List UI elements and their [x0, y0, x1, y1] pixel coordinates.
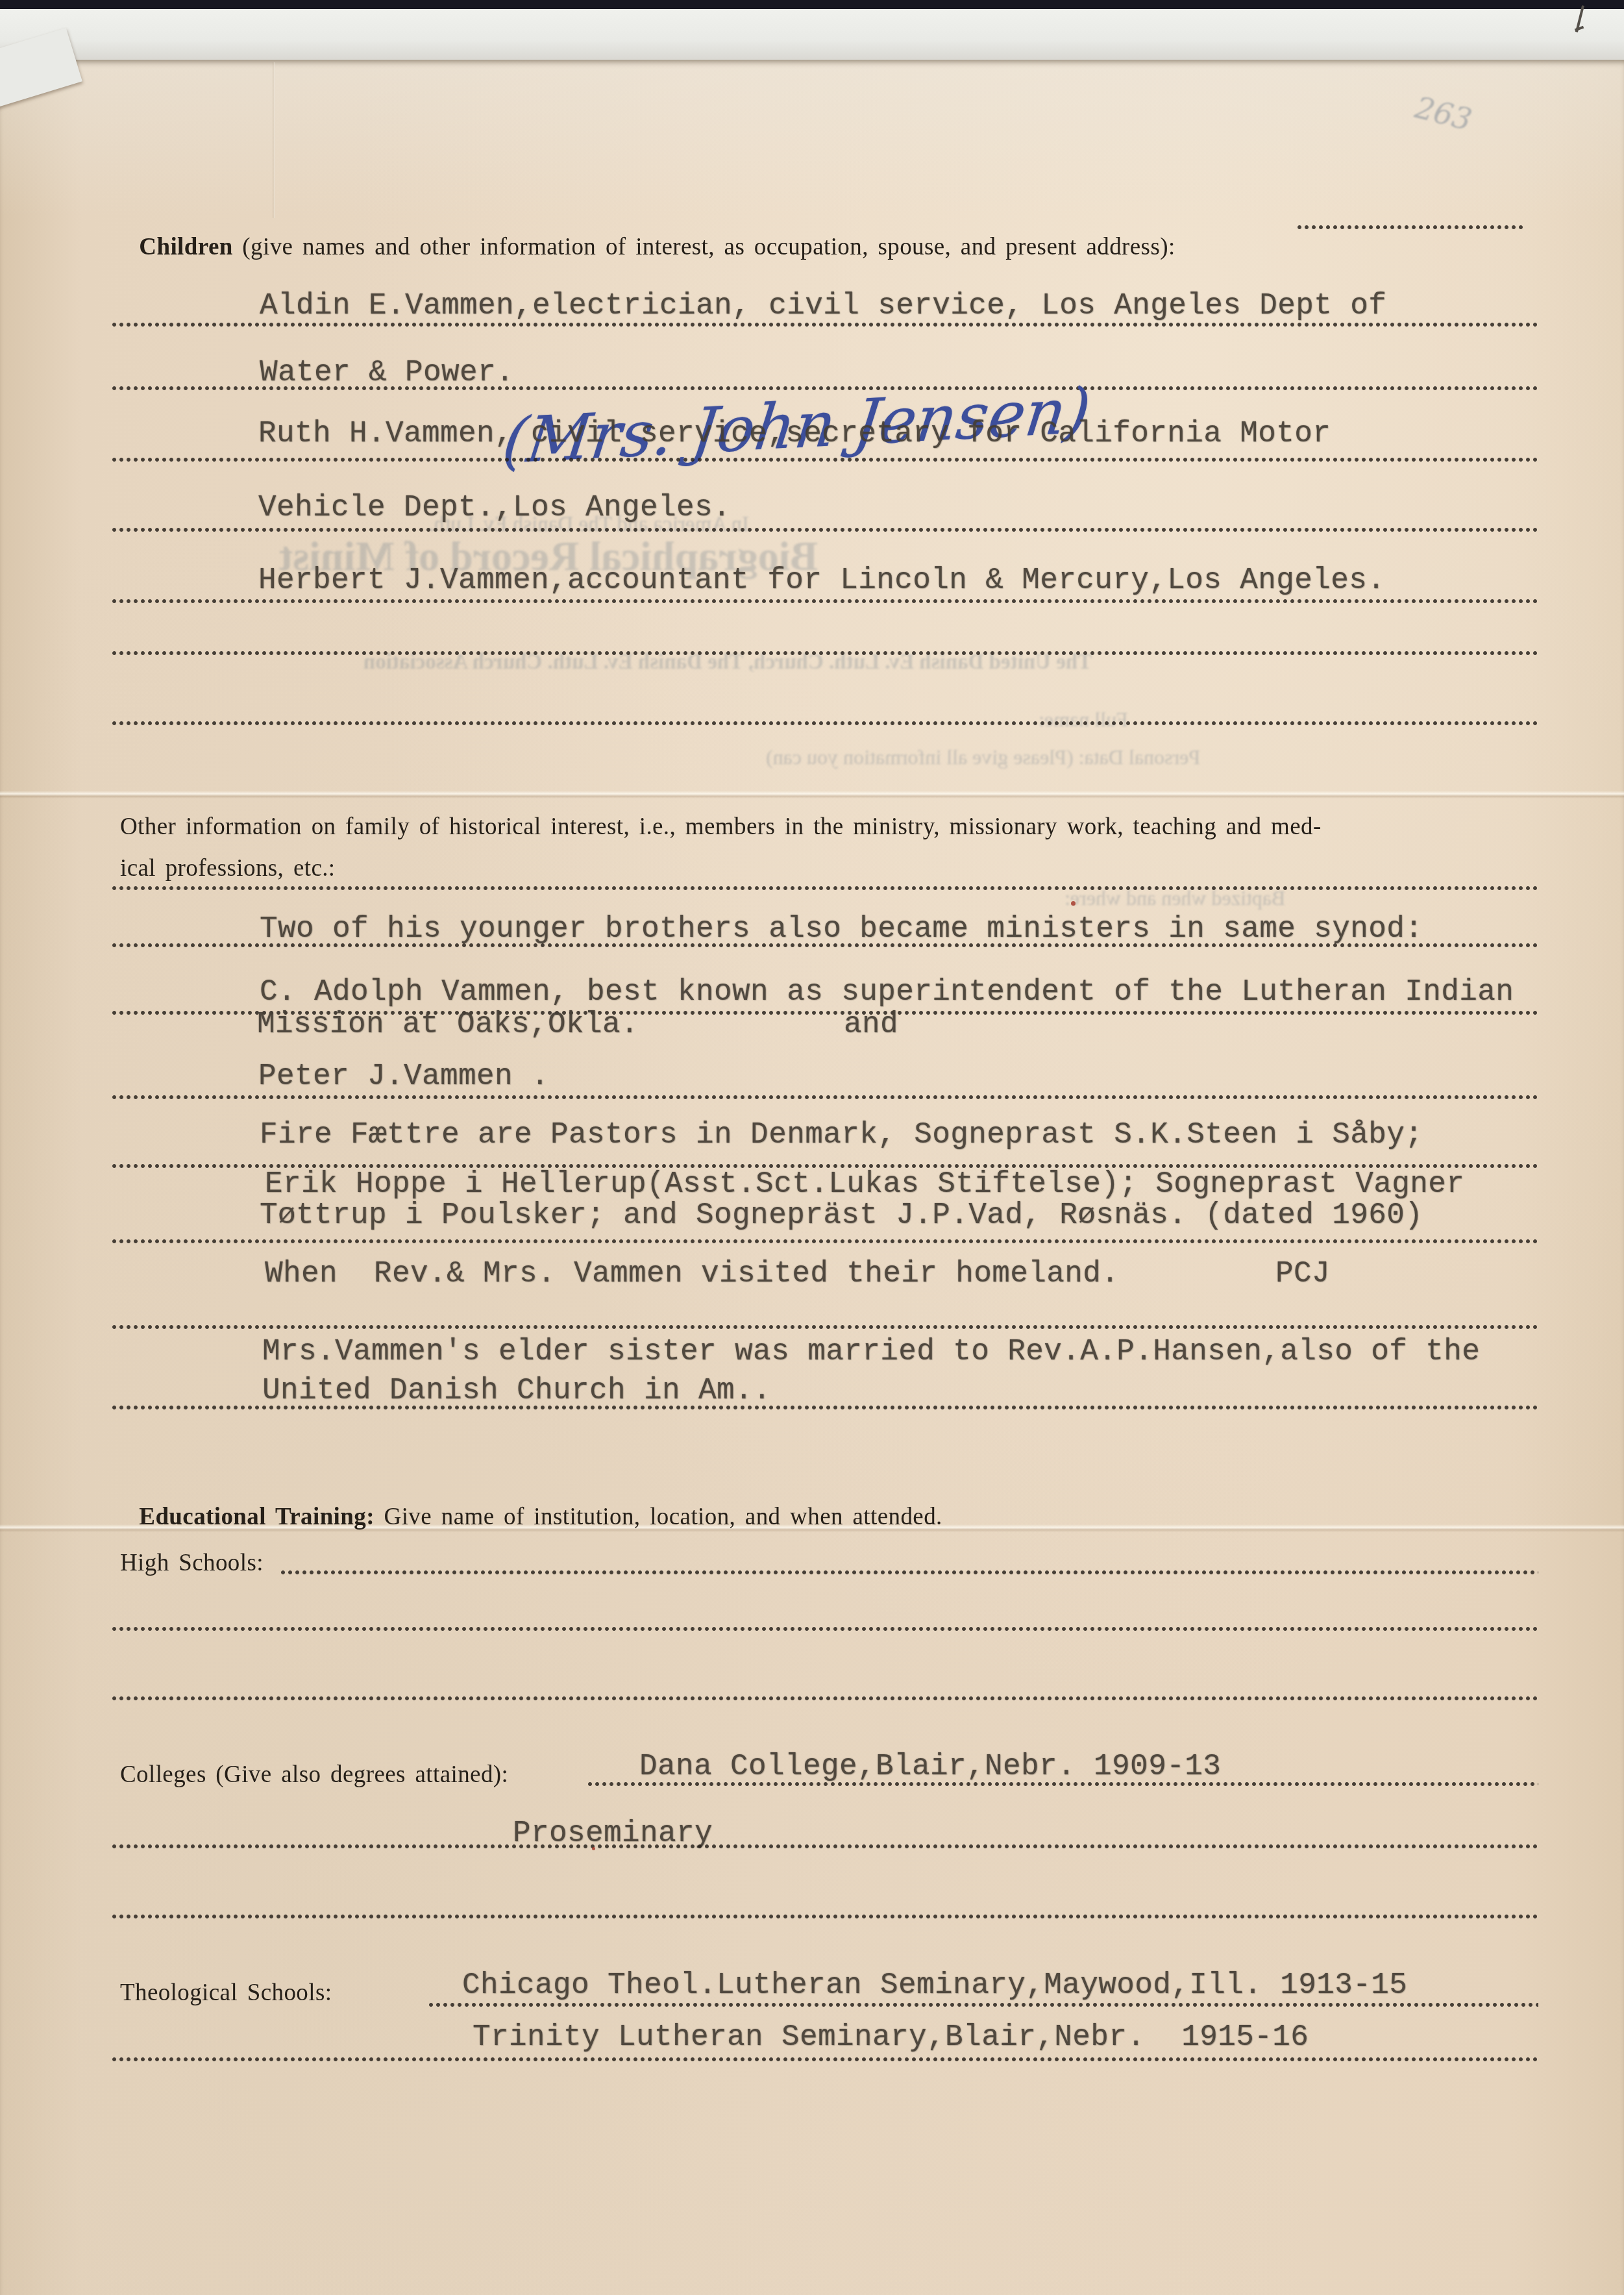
dotted-line [428, 2002, 1538, 2007]
family-info-label-line1: Other information on family of historica… [120, 813, 1322, 841]
scanner-background-band [0, 9, 1624, 65]
dotted-line [587, 1781, 1538, 1787]
dotted-line [112, 527, 1540, 532]
education-heading: Educational Training: Give name of insti… [120, 1475, 942, 1531]
family-entry: Fire Fættre are Pastors in Denmark, Sogn… [260, 1118, 1423, 1152]
family-entry: When Rev.& Mrs. Vammen visited their hom… [265, 1257, 1119, 1291]
dotted-line [112, 457, 1540, 462]
fold-crease [0, 791, 1624, 799]
family-entry: PCJ [1275, 1257, 1330, 1291]
scanner-lid-strip [0, 0, 1624, 9]
family-entry: Erik Hoppe i Hellerup(Asst.Sct.Lukas Sti… [265, 1167, 1464, 1201]
dotted-line [112, 1405, 1540, 1410]
dotted-line [112, 1696, 1540, 1701]
dust-speck [1071, 901, 1076, 906]
dotted-line [112, 1626, 1540, 1631]
family-entry: United Danish Church in Am.. [262, 1374, 771, 1408]
children-entry: Herbert J.Vammen,accountant for Lincoln … [258, 564, 1385, 597]
children-entry: Ruth H.Vammen, civil service,secretary f… [258, 417, 1331, 451]
children-label-bold: Children [139, 234, 232, 260]
family-entry: Two of his younger brothers also became … [260, 912, 1423, 946]
family-entry: Peter J.Vammen . [258, 1060, 549, 1093]
theological-entry: Chicago Theol.Lutheran Seminary,Maywood,… [462, 1968, 1407, 2002]
theological-schools-label: Theological Schools: [120, 1979, 332, 2007]
vertical-crease [273, 62, 275, 218]
bleedthrough-line: Personal Data: (Please give all informat… [766, 745, 1200, 769]
education-heading-rest: Give name of institution, location, and … [375, 1504, 942, 1530]
family-entry: Mrs.Vammen's elder sister was married to… [262, 1335, 1480, 1369]
dotted-line [112, 943, 1540, 948]
colleges-entry: Dana College,Blair,Nebr. 1909-13 [639, 1750, 1221, 1783]
colleges-label: Colleges (Give also degrees attained): [120, 1761, 508, 1789]
dotted-line [112, 651, 1540, 656]
dotted-line [112, 599, 1540, 604]
dotted-line [112, 886, 1540, 891]
children-entry: Aldin E.Vammen,electrician, civil servic… [260, 289, 1386, 323]
dotted-line [112, 2057, 1540, 2062]
bleedthrough-line: Full name: [1039, 708, 1128, 732]
family-entry: C. Adolph Vammen, best known as superint… [260, 975, 1514, 1009]
children-label-rest: (give names and other information of int… [233, 234, 1175, 260]
children-entry: Water & Power. [260, 356, 514, 390]
dust-speck [592, 1847, 595, 1850]
dotted-line [1297, 225, 1523, 230]
dotted-line [280, 1570, 1538, 1575]
family-info-label-line2: ical professions, etc.: [120, 854, 336, 882]
family-entry: and [844, 1008, 898, 1041]
high-schools-label: High Schools: [120, 1549, 264, 1577]
children-entry: Vehicle Dept.,Los Angeles. [258, 491, 731, 525]
dotted-line [112, 1914, 1540, 1919]
dotted-line [112, 1095, 1540, 1100]
dotted-line [112, 1844, 1540, 1849]
dotted-line [112, 1324, 1540, 1330]
dotted-line [112, 322, 1540, 327]
family-entry: Tøttrup i Poulsker; and Sognepräst J.P.V… [260, 1198, 1423, 1232]
theological-entry: Trinity Lutheran Seminary,Blair,Nebr. 19… [473, 2020, 1309, 2054]
dotted-line [112, 1239, 1540, 1244]
children-section-label: Children (give names and other informati… [120, 205, 1175, 261]
education-heading-bold: Educational Training: [139, 1504, 375, 1530]
dotted-line [112, 721, 1540, 726]
family-entry: Mission at Oaks,Okla. [257, 1008, 639, 1041]
